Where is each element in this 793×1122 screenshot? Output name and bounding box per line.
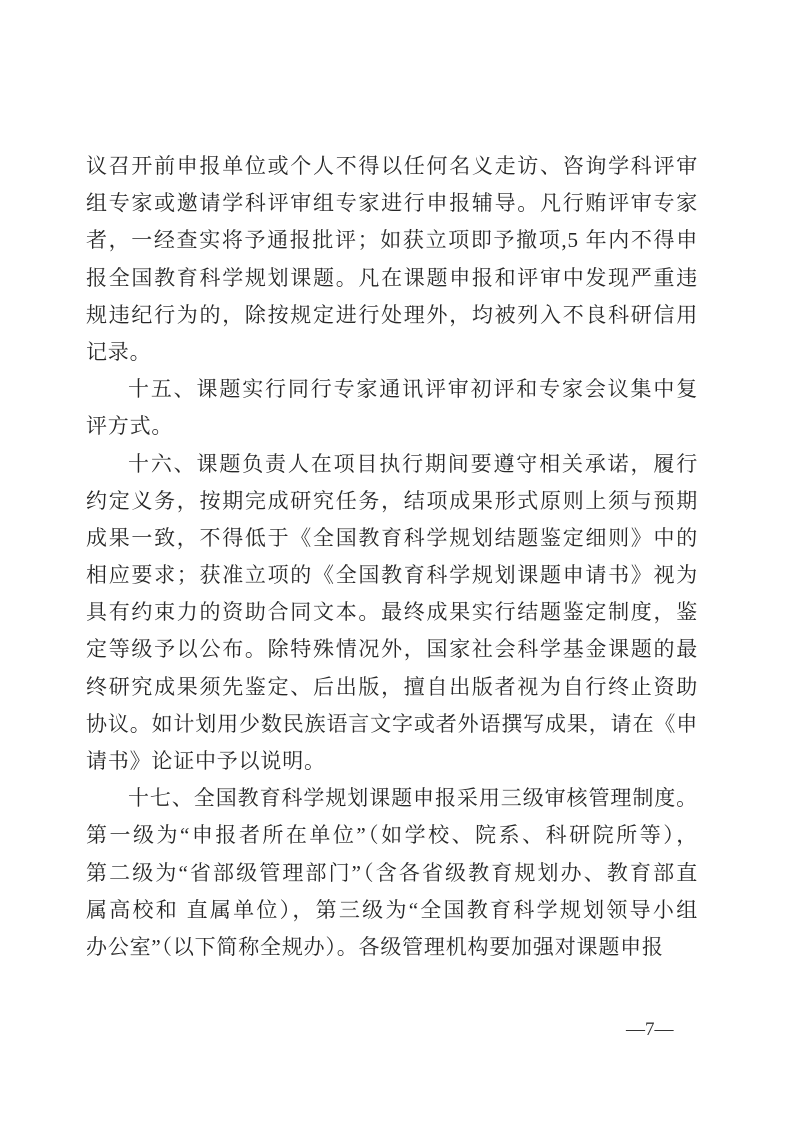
text-line: 十六、课题负责人在项目执行期间要遵守相关承诺，履行 [86, 446, 698, 483]
paragraph: 十七、全国教育科学规划课题申报采用三级审核管理制度。第一级为“申报者所在单位”（… [86, 780, 698, 966]
text-line: 约定义务，按期完成研究任务，结项成果形式原则上须与预期 [86, 483, 698, 520]
text-line: 十七、全国教育科学规划课题申报采用三级审核管理制度。 [86, 780, 698, 817]
text-line: 报全国教育科学规划课题。凡在课题申报和评审中发现严重违 [86, 260, 698, 297]
page-number: —7— [626, 1018, 686, 1042]
text-line: 者，一经查实将予通报批评；如获立项即予撤项,5 年内不得申 [86, 222, 698, 259]
text-line: 记录。 [86, 334, 698, 371]
text-line: 议召开前申报单位或个人不得以任何名义走访、咨询学科评审 [86, 148, 698, 185]
text-line: 办公室”（以下简称全规办）。各级管理机构要加强对课题申报 [86, 929, 698, 966]
text-line: 属高校和 直属单位），第三级为“全国教育科学规划领导小组 [86, 892, 698, 929]
text-line: 十五、课题实行同行专家通讯评审初评和专家会议集中复 [86, 371, 698, 408]
text-line: 成果一致，不得低于《全国教育科学规划结题鉴定细则》中的 [86, 520, 698, 557]
paragraph: 十五、课题实行同行专家通讯评审初评和专家会议集中复评方式。 [86, 371, 698, 445]
text-line: 终研究成果须先鉴定、后出版，擅自出版者视为自行终止资助 [86, 669, 698, 706]
paragraph: 议召开前申报单位或个人不得以任何名义走访、咨询学科评审组专家或邀请学科评审组专家… [86, 148, 698, 371]
text-line: 第二级为“省部级管理部门”（含各省级教育规划办、教育部直 [86, 855, 698, 892]
text-line: 请书》论证中予以说明。 [86, 743, 698, 780]
text-block: 议召开前申报单位或个人不得以任何名义走访、咨询学科评审组专家或邀请学科评审组专家… [86, 148, 698, 966]
text-line: 评方式。 [86, 408, 698, 445]
text-line: 定等级予以公布。除特殊情况外，国家社会科学基金课题的最 [86, 631, 698, 668]
paragraph: 十六、课题负责人在项目执行期间要遵守相关承诺，履行约定义务，按期完成研究任务，结… [86, 446, 698, 781]
text-line: 具有约束力的资助合同文本。最终成果实行结题鉴定制度，鉴 [86, 594, 698, 631]
text-line: 组专家或邀请学科评审组专家进行申报辅导。凡行贿评审专家 [86, 185, 698, 222]
text-line: 相应要求；获准立项的《全国教育科学规划课题申请书》视为 [86, 557, 698, 594]
text-line: 协议。如计划用少数民族语言文字或者外语撰写成果，请在《申 [86, 706, 698, 743]
text-line: 规违纪行为的，除按规定进行处理外，均被列入不良科研信用 [86, 297, 698, 334]
document-page: 议召开前申报单位或个人不得以任何名义走访、咨询学科评审组专家或邀请学科评审组专家… [0, 0, 793, 1122]
text-line: 第一级为“申报者所在单位”（如学校、院系、科研院所等）， [86, 817, 698, 854]
